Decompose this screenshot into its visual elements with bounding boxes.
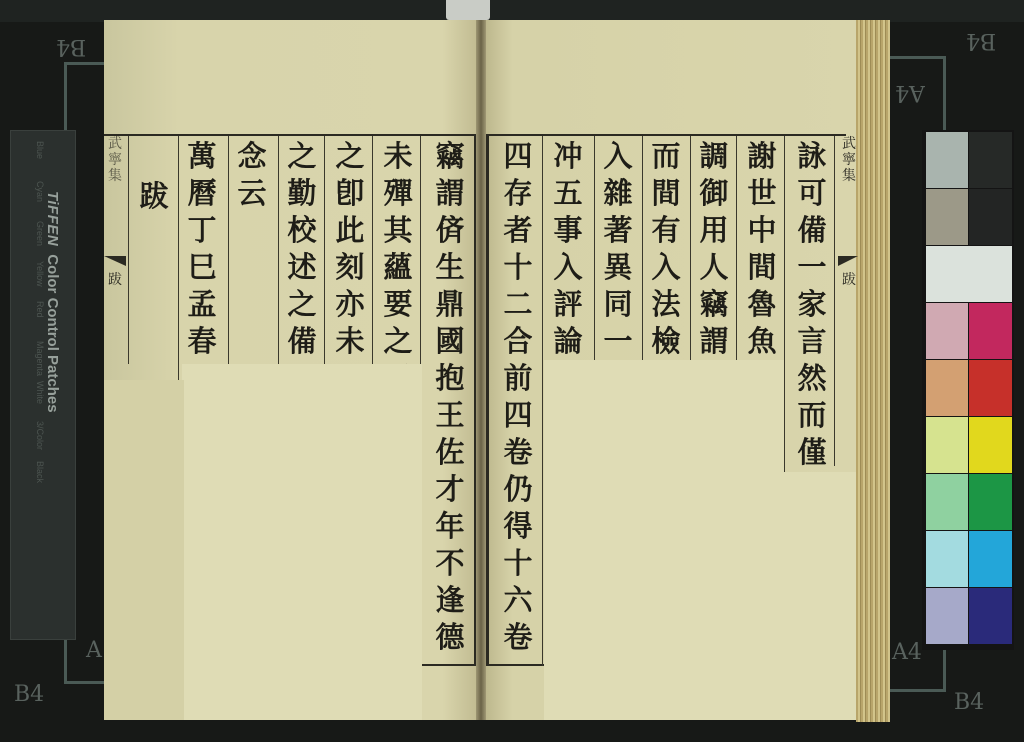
glyph: 巳: [187, 249, 216, 286]
right-banxin-title: 武寧集: [838, 136, 860, 184]
text-column-r7: 四存者十二合前四卷仍得十六卷: [494, 138, 542, 656]
text-column-l7-heading: 跋: [130, 178, 178, 215]
glyph: 雜: [603, 175, 632, 212]
glyph: 而: [651, 138, 680, 175]
glyph: 同: [603, 286, 632, 323]
color-swatch-light: [926, 360, 968, 416]
glyph: 著: [603, 212, 632, 249]
glyph: 得: [503, 508, 532, 545]
glyph: 間: [651, 175, 680, 212]
glyph: 之: [335, 138, 364, 175]
text-column-l4: 之勤校述之備: [278, 138, 326, 360]
glyph: 謂: [435, 175, 464, 212]
color-swatch-saturated: [969, 474, 1012, 530]
glyph: 之: [287, 138, 316, 175]
glyph: 要: [383, 286, 412, 323]
glyph: 殫: [383, 175, 412, 212]
glyph: 用: [699, 212, 728, 249]
column-rule: [128, 136, 129, 364]
size-label-b4-top-right: B4: [966, 28, 996, 53]
glyph: 魯: [747, 286, 776, 323]
glyph: 備: [287, 323, 316, 360]
glyph: 丁: [187, 212, 216, 249]
glyph: 中: [747, 212, 776, 249]
glyph: 詠: [797, 138, 826, 175]
tiffen-label: TiFFENColor Control Patches: [44, 191, 61, 413]
glyph: 跋: [139, 178, 168, 215]
text-column-r1: 詠可備一家言然而僅: [788, 138, 836, 471]
glyph: 抱: [435, 360, 464, 397]
glyph: 調: [699, 138, 728, 175]
color-swatch-wide: [926, 246, 1012, 302]
glyph: 六: [503, 582, 532, 619]
glyph: 謂: [699, 323, 728, 360]
size-label-b4-bottom-left: B4: [14, 682, 44, 707]
size-label-b4-bottom-right: B4: [954, 690, 984, 715]
glyph: 鼎: [435, 286, 464, 323]
glyph: 春: [187, 323, 216, 360]
right-banxin-section: 跋: [838, 272, 860, 288]
glyph: 孟: [187, 286, 216, 323]
color-swatch-saturated: [969, 189, 1012, 245]
glyph: 此: [335, 212, 364, 249]
glyph: 有: [651, 212, 680, 249]
glyph: 而: [797, 397, 826, 434]
column-rule: [542, 136, 543, 666]
size-label-a-lower-left: A: [86, 638, 102, 663]
color-swatch-light: [926, 132, 968, 188]
scan-background: B4 B4 A4 A B4 A4 B4 BlueCyanGreenYellowR…: [0, 0, 1024, 742]
glyph: 魚: [747, 323, 776, 360]
glyph: 一: [603, 323, 632, 360]
color-swatch-light: [926, 474, 968, 530]
glyph: 異: [603, 249, 632, 286]
glyph: 五: [553, 175, 582, 212]
glyph: 佐: [435, 434, 464, 471]
glyph: 才: [435, 471, 464, 508]
glyph: 檢: [651, 323, 680, 360]
glyph: 入: [603, 138, 632, 175]
glyph: 校: [287, 212, 316, 249]
text-column-r3: 調御用人竊謂: [690, 138, 738, 360]
glyph: 合: [503, 323, 532, 360]
text-column-l1: 竊謂㑪生鼎國抱王佐才年不逢德: [426, 138, 474, 656]
glyph: 竊: [699, 286, 728, 323]
color-calibration-chart: [922, 130, 1014, 650]
glyph: 存: [503, 175, 532, 212]
left-banxin-section: 跋: [104, 272, 126, 288]
glyph: 一: [797, 249, 826, 286]
glyph: 德: [435, 619, 464, 656]
glyph: 入: [651, 249, 680, 286]
left-banxin-title: 武寧集: [104, 136, 126, 184]
glyph: 㑪: [435, 212, 464, 249]
color-swatch-saturated: [969, 132, 1012, 188]
glyph: 念: [237, 138, 266, 175]
glyph: 國: [435, 323, 464, 360]
color-swatch-saturated: [969, 303, 1012, 359]
open-book: 武寧集 跋 竊謂㑪生鼎國抱王佐才年不逢德 未殫其蘊要之天人 之卽此刻亦未 之勤校…: [104, 20, 890, 722]
glyph: 竊: [435, 138, 464, 175]
fish-tail-mark-right: [838, 256, 858, 266]
glyph: 年: [435, 508, 464, 545]
glyph: 可: [797, 175, 826, 212]
glyph: 二: [503, 286, 532, 323]
glyph: 人: [699, 249, 728, 286]
glyph: 謝: [747, 138, 776, 175]
text-column-l3: 之卽此刻亦未: [326, 138, 374, 360]
glyph: 萬: [187, 138, 216, 175]
color-swatch-saturated: [969, 588, 1012, 644]
fish-tail-mark-left: [104, 256, 126, 266]
color-swatch-saturated: [969, 360, 1012, 416]
paper-repair-patch-left-edge: [104, 380, 184, 720]
glyph: 曆: [187, 175, 216, 212]
glyph: 法: [651, 286, 680, 323]
glyph: 四: [503, 138, 532, 175]
glyph: 卷: [503, 619, 532, 656]
paper-repair-patch-right-lower: [784, 472, 856, 720]
glyph: 生: [435, 249, 464, 286]
glyph: 御: [699, 175, 728, 212]
glyph: 僅: [797, 434, 826, 471]
glyph: 王: [435, 397, 464, 434]
glyph: 家: [797, 286, 826, 323]
text-column-l6: 萬曆丁巳孟春: [178, 138, 226, 360]
glyph: 之: [383, 323, 412, 360]
size-label-a4-lower-right: A4: [892, 640, 922, 665]
tiffen-color-strip: BlueCyanGreenYellowRedMagentaWhite3/Colo…: [10, 130, 76, 640]
glyph: 備: [797, 212, 826, 249]
glyph: 事: [553, 212, 582, 249]
glyph: 仍: [503, 471, 532, 508]
paper-repair-patch-left: [182, 364, 422, 720]
glyph: 逢: [435, 582, 464, 619]
glyph: 冲: [553, 138, 582, 175]
glyph: 未: [383, 138, 412, 175]
glyph: 未: [335, 323, 364, 360]
glyph: 蘊: [383, 249, 412, 286]
color-swatch-saturated: [969, 417, 1012, 473]
color-swatch-saturated: [969, 531, 1012, 587]
glyph: 其: [383, 212, 412, 249]
color-swatch-light: [926, 417, 968, 473]
text-column-l5: 念云: [228, 138, 276, 212]
text-column-r2: 謝世中間魯魚: [738, 138, 786, 360]
glyph: 然: [797, 360, 826, 397]
glyph: 前: [503, 360, 532, 397]
glyph: 論: [553, 323, 582, 360]
glyph: 間: [747, 249, 776, 286]
glyph: 云: [237, 175, 266, 212]
paper-repair-patch-right: [544, 360, 784, 720]
tiffen-title: Color Control Patches: [44, 254, 61, 412]
color-swatch-light: [926, 189, 968, 245]
tiffen-brand: TiFFEN: [44, 191, 61, 246]
glyph: 者: [503, 212, 532, 249]
glyph: 評: [553, 286, 582, 323]
page-edges: [856, 20, 890, 722]
glyph: 十: [503, 249, 532, 286]
text-column-r4: 而間有入法檢: [642, 138, 690, 360]
color-swatch-light: [926, 303, 968, 359]
text-column-r5: 入雜著異同一: [594, 138, 642, 360]
book-gutter: [476, 20, 486, 720]
glyph: 不: [435, 545, 464, 582]
glyph: 勤: [287, 175, 316, 212]
top-strip: [0, 0, 1024, 22]
glyph: 十: [503, 545, 532, 582]
glyph: 四: [503, 397, 532, 434]
glyph: 卷: [503, 434, 532, 471]
size-label-a4-upper: A4: [895, 80, 925, 105]
size-label-b4-top-left: B4: [56, 34, 86, 59]
glyph: 之: [287, 286, 316, 323]
glyph: 亦: [335, 286, 364, 323]
glyph: 世: [747, 175, 776, 212]
color-swatch-light: [926, 531, 968, 587]
glyph: 言: [797, 323, 826, 360]
color-swatch-light: [926, 588, 968, 644]
page-marker-tab: [446, 0, 490, 20]
glyph: 卽: [335, 175, 364, 212]
glyph: 刻: [335, 249, 364, 286]
glyph: 入: [553, 249, 582, 286]
glyph: 述: [287, 249, 316, 286]
